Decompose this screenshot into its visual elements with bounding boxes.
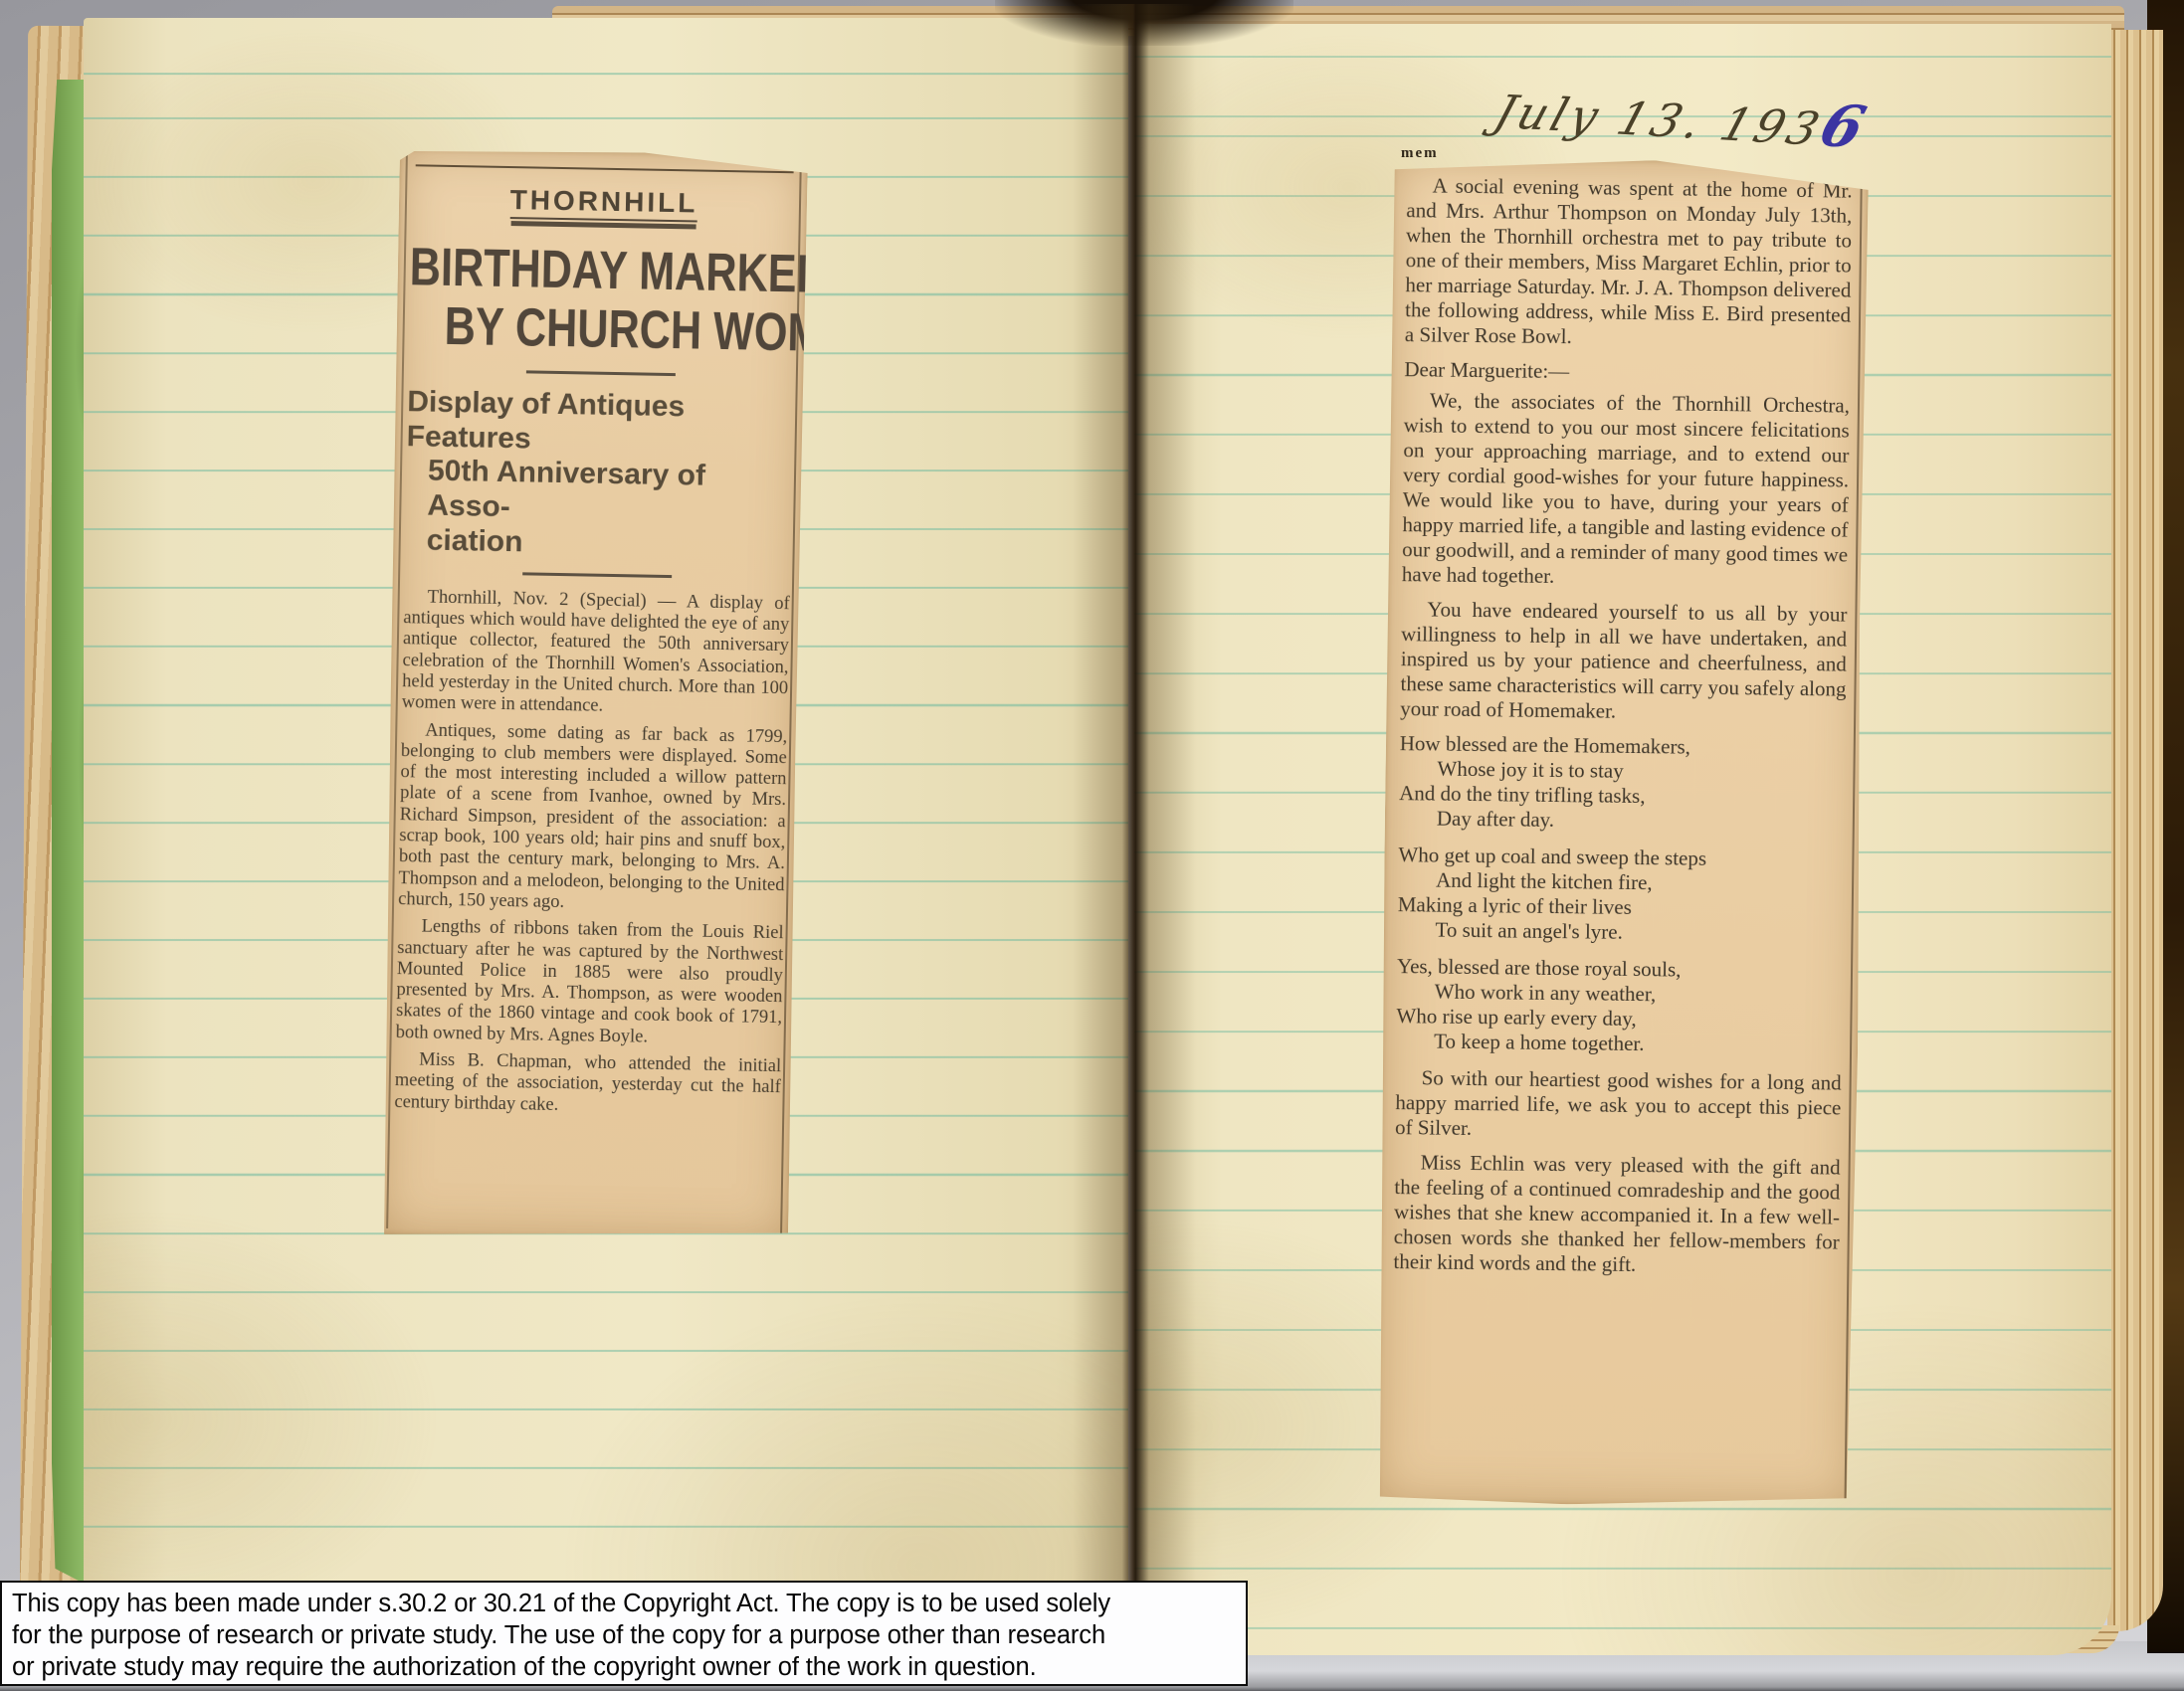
right-clipping-column-rule bbox=[1377, 163, 1863, 1500]
copyright-notice: This copy has been made under s.30.2 or … bbox=[0, 1581, 1248, 1686]
left-newspaper-clipping: THORNHILL BIRTHDAY MARKED BY CHURCH WOME… bbox=[380, 148, 808, 1241]
scrapbook-scan: mem July 13. 1936 THORNHILL BIRTHDAY MAR… bbox=[0, 0, 2184, 1691]
headline-line-1: BIRTHDAY MARKED bbox=[409, 238, 828, 304]
clipping-headline: BIRTHDAY MARKED BY CHURCH WOMEN bbox=[408, 238, 796, 363]
copyright-line: or private study may require the authori… bbox=[12, 1651, 1236, 1683]
page-stack-right-edge bbox=[2107, 30, 2163, 1631]
copyright-line: This copy has been made under s.30.2 or … bbox=[12, 1588, 1236, 1619]
right-newspaper-clipping: A social evening was spent at the home o… bbox=[1376, 157, 1868, 1508]
book-gutter bbox=[1073, 4, 1196, 1665]
copyright-line: for the purpose of research or private s… bbox=[12, 1619, 1236, 1651]
hidden-clipping-fragment: mem bbox=[1401, 145, 1439, 162]
